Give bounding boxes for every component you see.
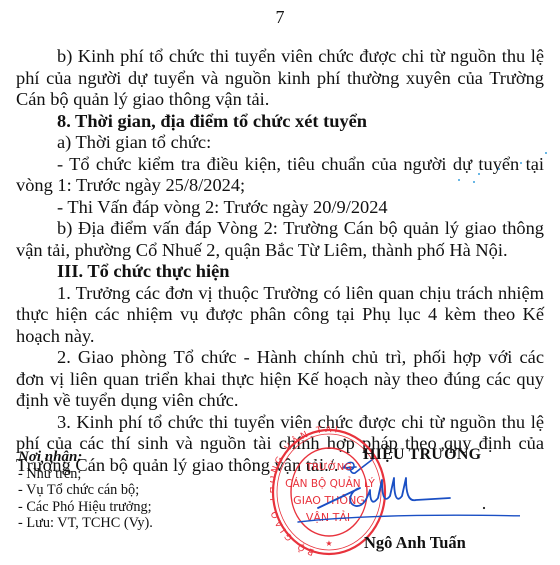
page-number: 7 [0,6,560,28]
paragraph-funding-b: b) Kinh phí tổ chức thi tuyển viên chức … [16,46,544,111]
paragraph-round1: - Tổ chức kiểm tra điều kiện, tiêu chuẩn… [16,154,544,197]
svg-text:★: ★ [325,539,332,548]
paragraph-impl-1: 1. Trưởng các đơn vị thuộc Trường có liê… [16,283,544,348]
scan-speck [545,152,547,154]
scan-speck [473,181,475,183]
document-body: b) Kinh phí tổ chức thi tuyển viên chức … [16,46,544,477]
scan-speck [520,162,522,164]
paragraph-location-b: b) Địa điểm vấn đáp Vòng 2: Trường Cán b… [16,218,544,261]
paragraph-round2: - Thi Vấn đáp vòng 2: Trước ngày 20/9/20… [16,197,544,219]
section-heading-8: 8. Thời gian, địa điểm tổ chức xét tuyển [16,111,544,133]
recipients-block: Nơi nhận: - Như trên; - Vụ Tổ chức cán b… [18,449,153,532]
signer-name: Ngô Anh Tuấn [364,533,466,553]
paragraph-impl-2: 2. Giao phòng Tổ chức - Hành chính chủ t… [16,347,544,412]
scan-speck [458,179,460,181]
scan-speck [498,168,500,170]
paragraph-time-a: a) Thời gian tổ chức: [16,132,544,154]
section-heading-iii: III. Tổ chức thực hiện [16,261,544,283]
recipient-item: - Vụ Tổ chức cán bộ; [18,482,153,499]
recipient-item: - Như trên; [18,466,153,483]
recipient-item: - Các Phó Hiệu trưởng; [18,499,153,516]
recipients-title: Nơi nhận: [18,449,153,466]
handwritten-signature-icon [290,470,520,530]
signature-block: BỘ GIAO THÔNG VẬN TẢI TRƯỜNG CÁN BỘ QUẢN… [260,440,560,565]
recipient-item: - Lưu: VT, TCHC (Vy). [18,515,153,532]
scan-speck [478,173,480,175]
signer-position: HIỆU TRƯỞNG [363,446,481,464]
